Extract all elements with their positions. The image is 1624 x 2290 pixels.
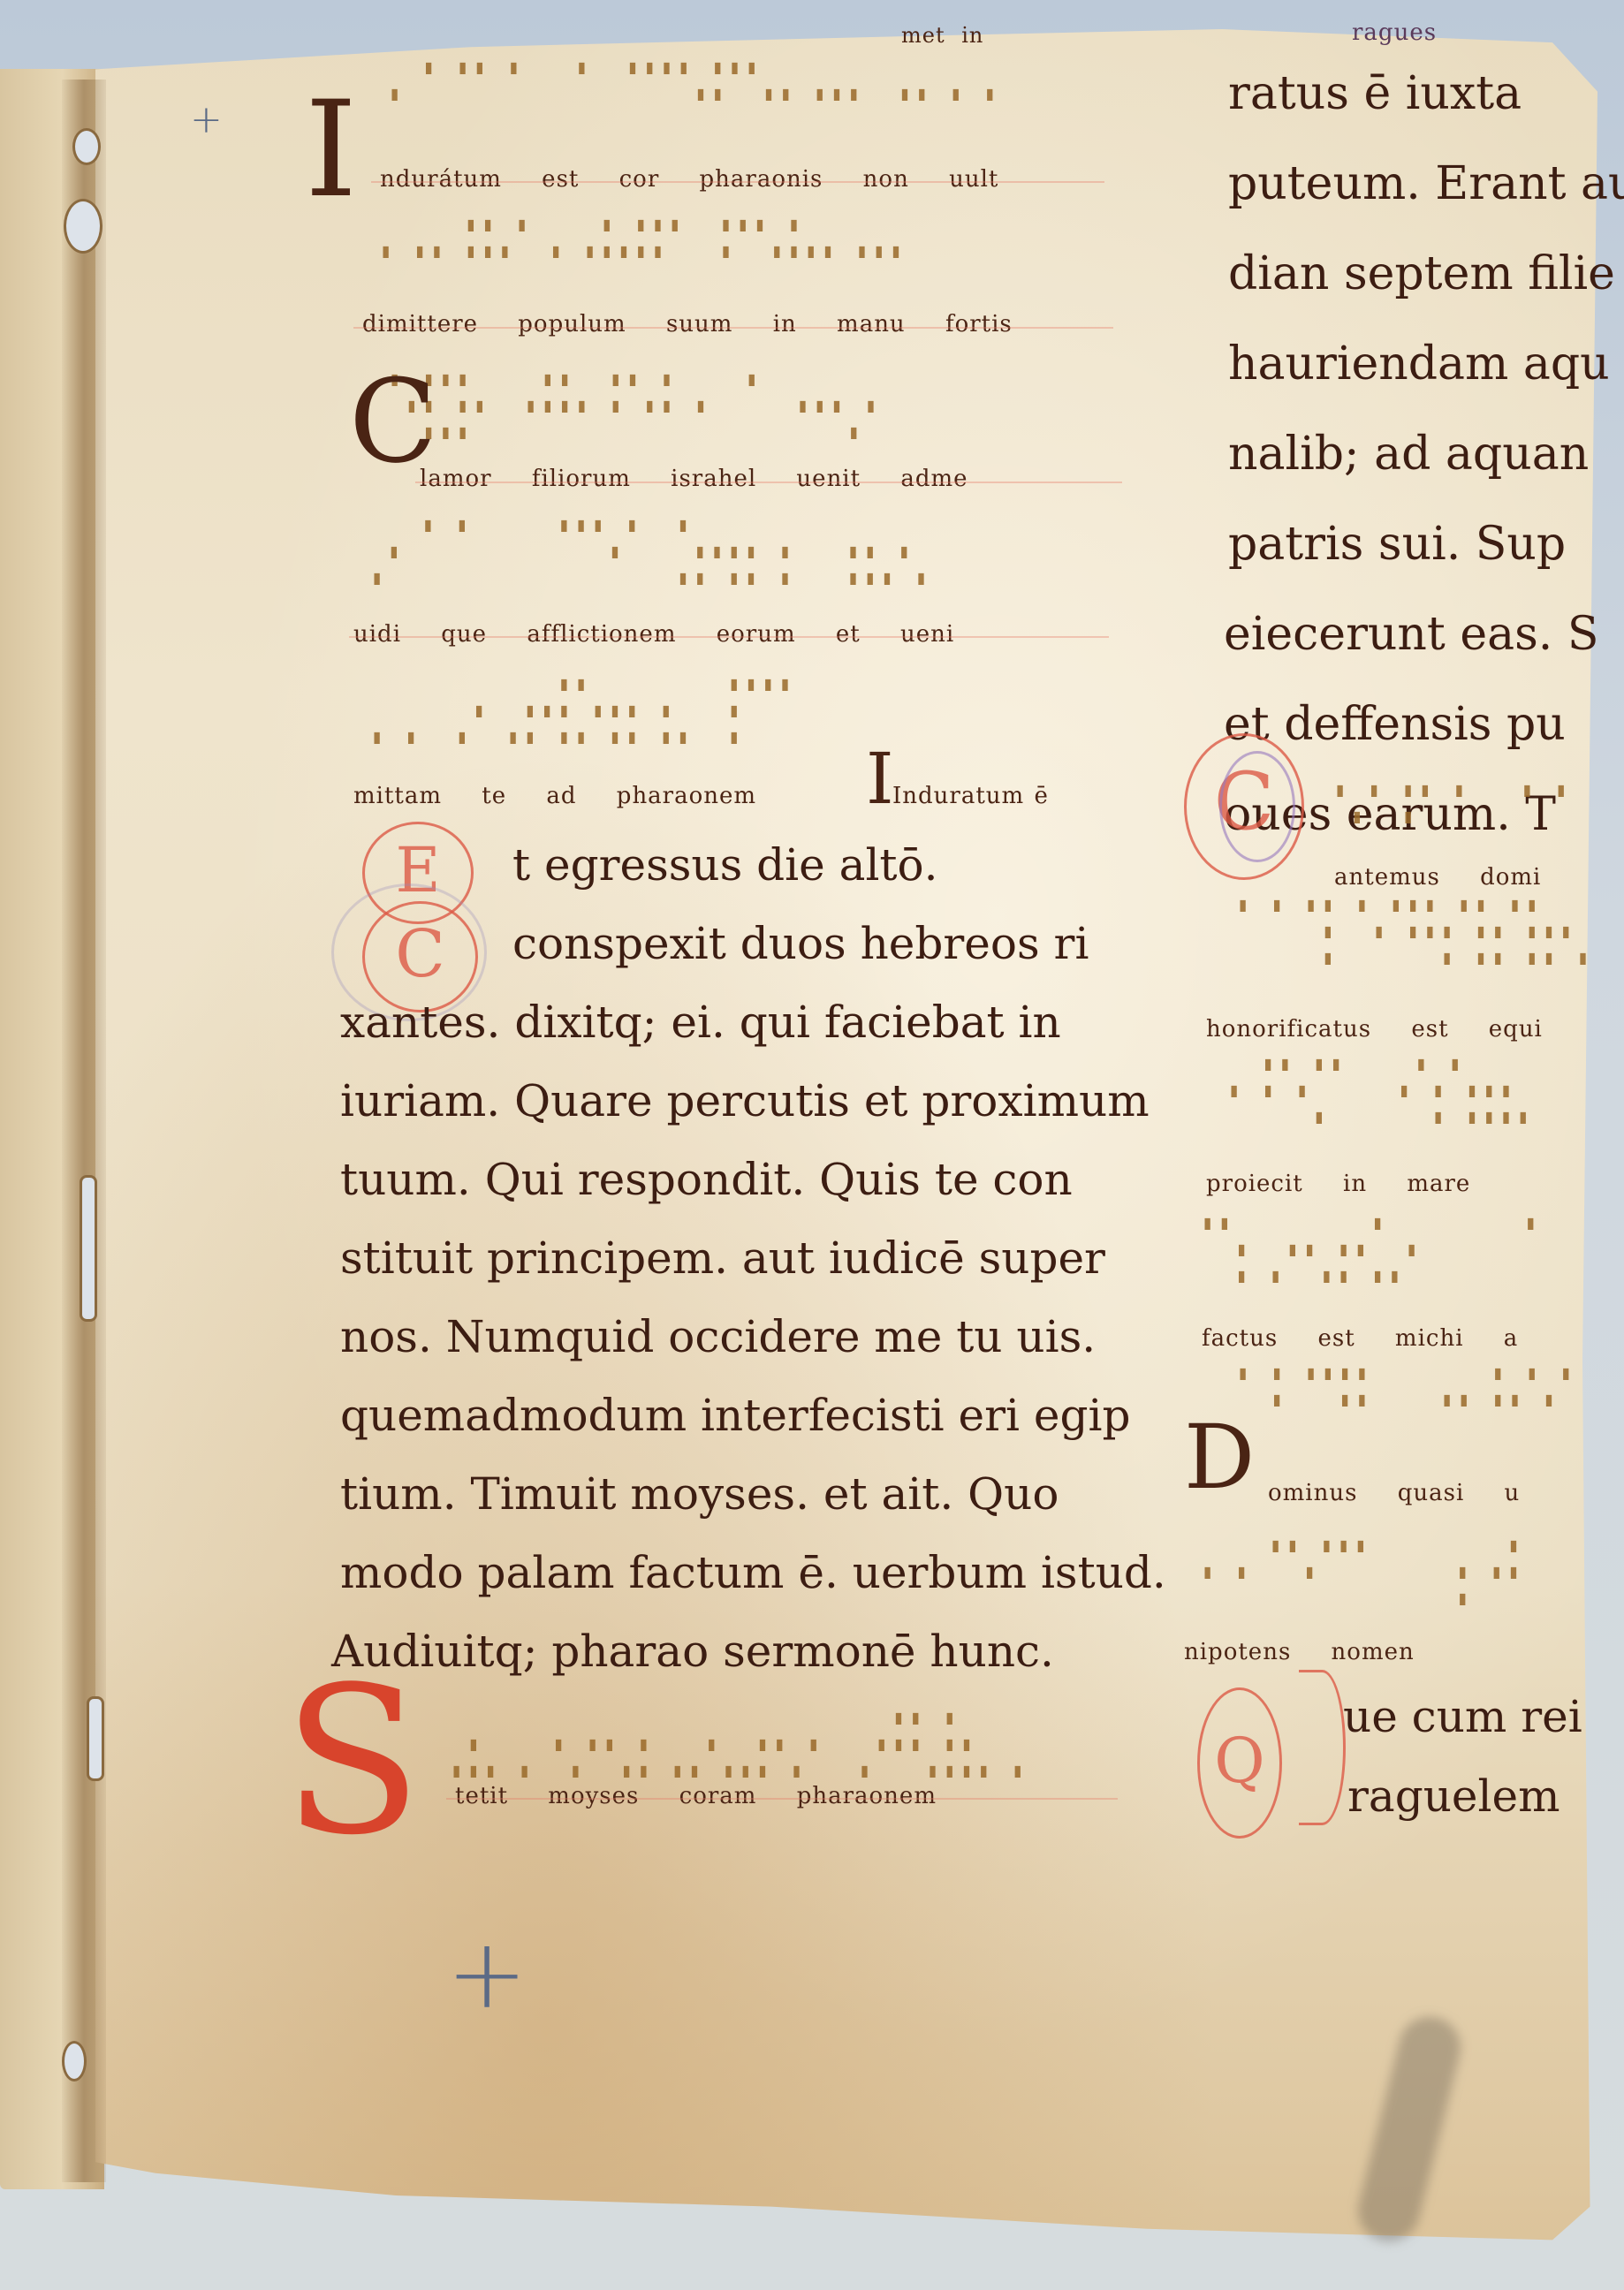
neume-notation: ▮▮ ▮ ▮ ▮▮▮ ▮▮▮ ▮ ▮ ▮▮ ▮▮▮ ▮ ▮▮▮▮▮ ▮ ▮▮▮▮… bbox=[380, 212, 907, 265]
neume-notation: ▮ ▮ ▮▮▮ ▮ ▮ ▮ ▮ ▮▮▮▮ ▮ ▮▮ ▮ ▮ ▮▮ ▮▮ ▮ ▮▮… bbox=[371, 512, 932, 592]
top-fragment-text: ragues bbox=[1352, 19, 1437, 46]
neume-notation: ▮ ▮ ▮▮ ▮ ▮▮▮ ▮▮ ▮▮ ▮ ▮ ▮▮▮ ▮▮ ▮▮▮ ▮ ▮ ▮▮… bbox=[1237, 892, 1594, 972]
initial-frame bbox=[1219, 751, 1295, 862]
neume-notation: ▮▮ ▮ ▮ ▮ ▮▮ ▮▮ ▮ ▮ ▮ ▮▮ ▮▮ bbox=[1202, 1210, 1542, 1290]
prose-line: raguelem bbox=[1347, 1751, 1560, 1841]
top-fragment-text: met in bbox=[901, 23, 983, 48]
binding-gutter bbox=[62, 80, 106, 2182]
chant-text-line: lamor filiorum israhel uenit adme bbox=[420, 466, 968, 492]
prose-line: ratus ē iuxta bbox=[1228, 49, 1522, 139]
prose-line: t egressus die altō. bbox=[512, 826, 938, 905]
prose-line: ue cum rei bbox=[1343, 1672, 1582, 1762]
red-staff-line bbox=[371, 181, 1104, 183]
neume-notation: ▮▮ ▮ ▮ ▮ ▮▮ ▮ ▮ ▮▮ ▮ ▮▮▮ ▮▮ ▮▮▮ ▮ ▮ ▮▮ ▮… bbox=[451, 1705, 1028, 1785]
initial-Q: Q bbox=[1197, 1687, 1282, 1839]
cue-initial-I: I bbox=[866, 744, 894, 815]
neume-notation: ▮ ▮ ▮▮▮▮ ▮ ▮ ▮ ▮ ▮▮ ▮▮ ▮▮ ▮ bbox=[1237, 1361, 1577, 1414]
chant-text-line: uidi que afflictionem eorum et ueni bbox=[353, 621, 954, 648]
neume-notation: ▮ ▮ ▮▮ ▮ ▮ ▮ ▮ ▮ bbox=[1334, 777, 1572, 830]
prose-line: tium. Timuit moyses. et ait. Quo bbox=[340, 1455, 1059, 1534]
sewing-hole bbox=[87, 1696, 104, 1781]
red-staff-line bbox=[446, 1798, 1118, 1800]
chant-text-line: dimittere populum suum in manu fortis bbox=[362, 311, 1013, 337]
prose-line: tuum. Qui respondit. Quis te con bbox=[340, 1141, 1073, 1219]
chant-text-line: ndurátum est cor pharaonis non uult bbox=[380, 166, 998, 193]
chant-text-line: factus est michi a bbox=[1202, 1325, 1518, 1352]
sewing-hole bbox=[72, 128, 101, 165]
prose-line: eiecerunt eas. S bbox=[1224, 589, 1598, 679]
prose-line: nos. Numquid occidere me tu uis. bbox=[340, 1298, 1096, 1376]
neume-notation: ▮▮ ▮▮ ▮ ▮ ▮ ▮ ▮ ▮ ▮ ▮▮▮ ▮ ▮ ▮▮▮▮ bbox=[1228, 1051, 1534, 1131]
neume-notation: ▮ ▮▮ ▮ ▮ ▮▮▮▮ ▮▮▮ ▮ ▮▮ ▮▮ ▮▮▮ ▮▮ ▮ ▮ bbox=[389, 55, 1001, 108]
chant-text-line: mittam te ad pharaonem bbox=[353, 783, 756, 809]
red-staff-line bbox=[349, 636, 1109, 638]
red-staff-line bbox=[415, 482, 1122, 483]
initial-D: D bbox=[1184, 1414, 1255, 1502]
chant-text-line: proiecit in mare bbox=[1206, 1171, 1470, 1197]
prose-line: iuriam. Quare percutis et proximum bbox=[340, 1062, 1150, 1141]
binding-tear bbox=[80, 1175, 97, 1322]
prose-line: patris sui. Sup bbox=[1228, 499, 1566, 589]
prose-line: dian septem filie bbox=[1228, 229, 1615, 319]
sewing-hole bbox=[64, 199, 102, 254]
initial-I: I bbox=[305, 84, 357, 216]
prose-line: conspexit duos hebreos ri bbox=[512, 905, 1089, 983]
prose-line: quemadmodum interfecisti eri egip bbox=[340, 1376, 1131, 1455]
initial-Q-tail bbox=[1299, 1670, 1346, 1825]
chant-text-line: nipotens nomen bbox=[1184, 1639, 1415, 1665]
initial-C: C bbox=[349, 364, 436, 479]
red-staff-line bbox=[353, 327, 1113, 329]
chant-text-line: honorificatus est equi bbox=[1206, 1016, 1543, 1043]
chant-text-line: tetit moyses coram pharaonem bbox=[455, 1783, 937, 1809]
sewing-hole bbox=[62, 2041, 87, 2081]
prose-line: stituit principem. aut iudicē super bbox=[340, 1219, 1105, 1298]
prose-line: xantes. dixitq; ei. qui faciebat in bbox=[340, 983, 1061, 1062]
neume-notation: ▮▮ ▮▮▮▮ ▮ ▮▮▮ ▮▮▮ ▮ ▮ ▮ ▮ ▮ ▮▮ ▮▮ ▮▮ ▮▮ … bbox=[371, 671, 796, 751]
pencil-cross-mark: + bbox=[190, 97, 223, 142]
prose-line: modo palam factum ē. uerbum istud. bbox=[340, 1534, 1166, 1612]
neume-notation: ▮ ▮▮▮ ▮▮ ▮▮ ▮ ▮ ▮▮ ▮▮ ▮▮▮▮ ▮ ▮▮ ▮ ▮▮▮ ▮ … bbox=[389, 367, 882, 446]
prose-line: Audiuitq; pharao sermonē hunc. bbox=[331, 1612, 1054, 1691]
chant-cue-text: Induratum ē bbox=[892, 783, 1049, 809]
chant-text-line: ominus quasi u bbox=[1268, 1480, 1520, 1506]
chant-text-line: antemus domi bbox=[1334, 864, 1541, 891]
prose-line: puteum. Erant au bbox=[1228, 139, 1624, 229]
pencil-cross-mark: + bbox=[446, 1917, 527, 2030]
initial-S: S bbox=[283, 1661, 422, 1864]
prose-line: hauriendam aqu bbox=[1228, 319, 1610, 409]
prose-line: nalib; ad aquan bbox=[1228, 409, 1589, 499]
neume-notation: ▮▮ ▮▮▮ ▮ ▮ ▮ ▮ ▮ ▮▮ ▮ bbox=[1202, 1533, 1525, 1612]
